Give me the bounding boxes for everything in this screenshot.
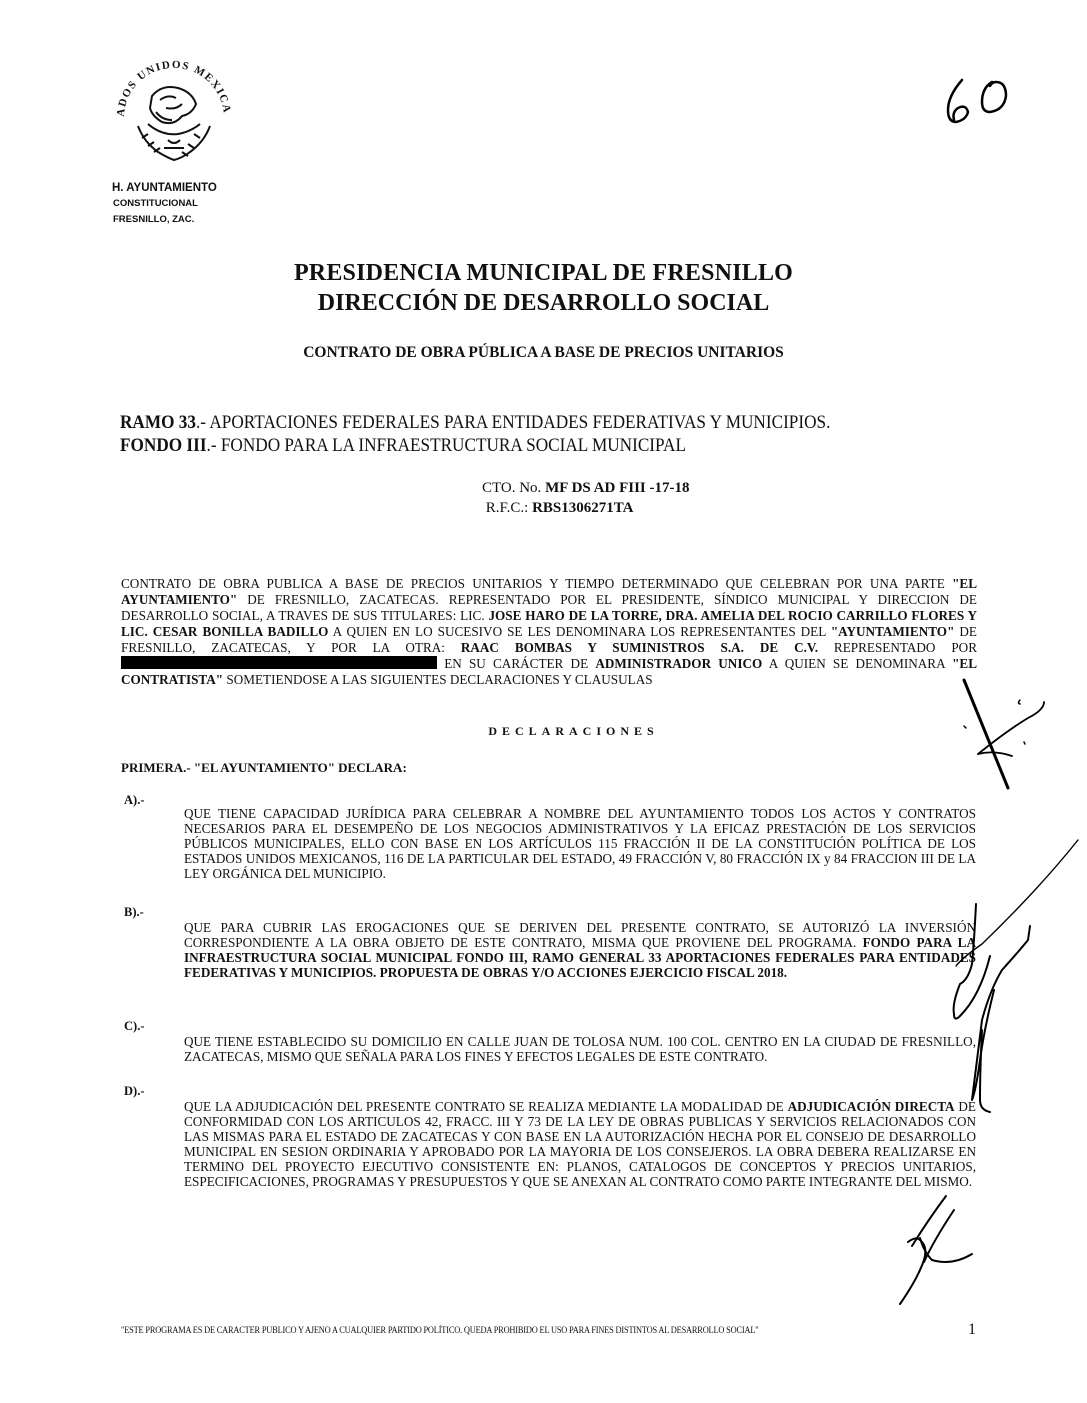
ramo-text: .- APORTACIONES FEDERALES PARA ENTIDADES… xyxy=(196,413,830,433)
item-label-c: C).- xyxy=(124,1019,144,1034)
municipality-name-block: H. AYUNTAMIENTO CONSTITUCIONAL FRESNILLO… xyxy=(112,180,252,228)
fondo-label: FONDO III xyxy=(120,436,207,456)
contract-number: MF DS AD FIII -17-18 xyxy=(545,480,689,496)
contract-reference: CTO. No. MF DS AD FIII -17-18 R.F.C.: RB… xyxy=(482,478,690,518)
signature-initial-1 xyxy=(960,670,1050,770)
handwritten-page-number: 60 xyxy=(938,70,1028,130)
contract-number-label: CTO. No. xyxy=(482,480,541,496)
item-label-a: A).- xyxy=(124,793,144,808)
page-title-secondary: DIRECCIÓN DE DESARROLLO SOCIAL xyxy=(0,290,1087,317)
declaration-item-d: QUE LA ADJUDICACIÓN DEL PRESENTE CONTRAT… xyxy=(184,1099,976,1189)
declaration-item-c: QUE TIENE ESTABLECIDO SU DOMICILIO EN CA… xyxy=(184,1034,976,1064)
contract-intro-paragraph: CONTRATO DE OBRA PUBLICA A BASE DE PRECI… xyxy=(121,576,977,688)
item-label-b: B).- xyxy=(124,905,144,920)
org-line: H. AYUNTAMIENTO xyxy=(112,180,252,196)
funding-source-block: RAMO 33.- APORTACIONES FEDERALES PARA EN… xyxy=(120,412,830,458)
declaration-item-b: QUE PARA CUBRIR LAS EROGACIONES QUE SE D… xyxy=(184,920,976,980)
page-number: 1 xyxy=(968,1321,976,1339)
primera-heading: PRIMERA.- "EL AYUNTAMIENTO" DECLARA: xyxy=(121,760,407,776)
fondo-text: .- FONDO PARA LA INFRAESTRUCTURA SOCIAL … xyxy=(207,436,686,456)
redaction-bar xyxy=(121,656,437,669)
contract-type-subtitle: CONTRATO DE OBRA PÚBLICA A BASE DE PRECI… xyxy=(0,344,1087,362)
declaration-item-a: QUE TIENE CAPACIDAD JURÍDICA PARA CELEBR… xyxy=(184,806,976,881)
coat-of-arms-seal-icon: ESTADOS UNIDOS MEXICANOS xyxy=(108,48,240,176)
svg-text:ESTADOS UNIDOS MEXICANOS: ESTADOS UNIDOS MEXICANOS xyxy=(108,48,233,117)
signature-initial-3 xyxy=(900,1190,1020,1310)
page-title: PRESIDENCIA MUNICIPAL DE FRESNILLO xyxy=(0,260,1087,287)
footer-disclaimer: "ESTE PROGRAMA ES DE CARACTER PUBLICO Y … xyxy=(121,1325,759,1335)
org-line: FRESNILLO, ZAC. xyxy=(112,212,252,228)
section-heading-declaraciones: DECLARACIONES xyxy=(0,724,1087,739)
rfc-value: RBS1306271TA xyxy=(532,500,633,516)
signature-initial-2 xyxy=(950,840,1087,1120)
ramo-label: RAMO 33 xyxy=(120,413,196,433)
rfc-label: R.F.C.: xyxy=(486,500,529,516)
item-label-d: D).- xyxy=(124,1084,144,1099)
org-line: CONSTITUCIONAL xyxy=(112,196,252,212)
